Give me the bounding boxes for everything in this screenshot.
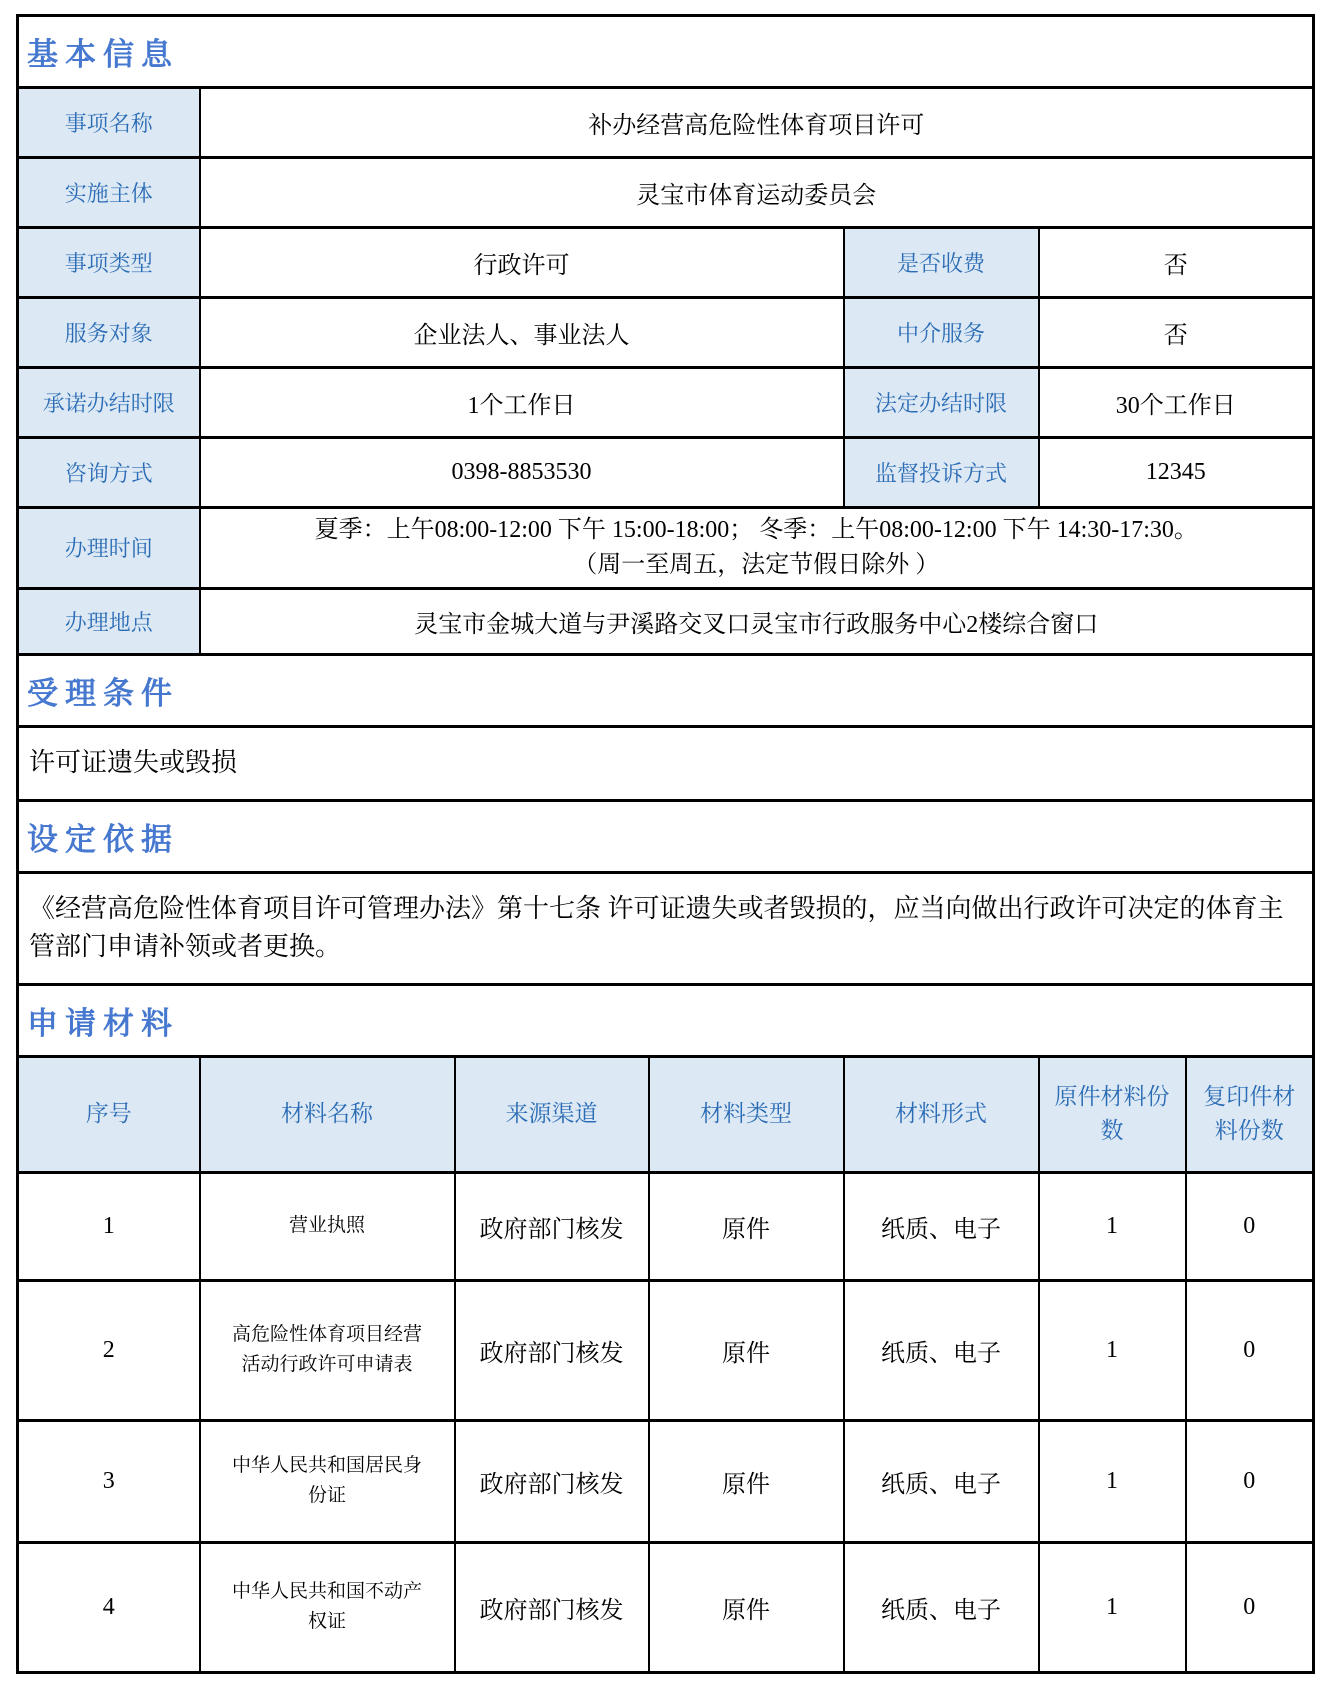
material-source: 政府部门核发 (455, 1172, 649, 1280)
field-value: 1个工作日 (200, 368, 844, 438)
material-no: 2 (18, 1280, 200, 1420)
column-header-type: 材料类型 (649, 1056, 844, 1172)
materials-header-row: 序号 材料名称 来源渠道 材料类型 材料形式 原件材料份数 复印件材料份数 (18, 1056, 1314, 1172)
material-type: 原件 (649, 1542, 844, 1672)
material-source: 政府部门核发 (455, 1542, 649, 1672)
material-copies: 0 (1186, 1280, 1314, 1420)
section-acceptance-title: 受理条件 (27, 676, 179, 711)
material-name: 中华人民共和国不动产权证 (200, 1542, 455, 1672)
field-label: 办理时间 (18, 508, 200, 589)
field-label: 办理地点 (18, 588, 200, 654)
material-source: 政府部门核发 (455, 1280, 649, 1420)
material-name: 营业执照 (200, 1172, 455, 1280)
field-label: 服务对象 (18, 298, 200, 368)
material-copies: 0 (1186, 1542, 1314, 1672)
field-label: 是否收费 (844, 228, 1039, 298)
column-header-originals: 原件材料份数 (1039, 1056, 1186, 1172)
section-materials-title: 申请材料 (27, 1006, 179, 1041)
material-originals: 1 (1039, 1420, 1186, 1542)
row-implementing-body: 实施主体 灵宝市体育运动委员会 (18, 158, 1314, 228)
section-basic-info: 基本信息 (18, 16, 1314, 88)
basis-content: 《经营高危险性体育项目许可管理办法》第十七条 许可证遗失或者毁损的，应当向做出行… (18, 872, 1314, 984)
section-materials: 申请材料 (18, 984, 1314, 1056)
row-promised-deadline: 承诺办结时限 1个工作日 法定办结时限 30个工作日 (18, 368, 1314, 438)
field-label: 事项名称 (18, 88, 200, 158)
field-value: 0398-8853530 (200, 438, 844, 508)
material-name: 中华人民共和国居民身份证 (200, 1420, 455, 1542)
material-form: 纸质、电子 (844, 1542, 1039, 1672)
processing-time-line1: 夏季：上午08:00-12:00 下午 15:00-18:00； 冬季：上午08… (209, 513, 1305, 548)
material-no: 4 (18, 1542, 200, 1672)
row-processing-location: 办理地点 灵宝市金城大道与尹溪路交叉口灵宝市行政服务中心2楼综合窗口 (18, 588, 1314, 654)
column-header-copies: 复印件材料份数 (1186, 1056, 1314, 1172)
material-form: 纸质、电子 (844, 1280, 1039, 1420)
material-type: 原件 (649, 1420, 844, 1542)
section-acceptance-cell: 受理条件 (18, 654, 1314, 726)
row-service-target: 服务对象 企业法人、事业法人 中介服务 否 (18, 298, 1314, 368)
material-name: 高危险性体育项目经营活动行政许可申请表 (200, 1280, 455, 1420)
row-item-type: 事项类型 行政许可 是否收费 否 (18, 228, 1314, 298)
field-label: 咨询方式 (18, 438, 200, 508)
field-label: 承诺办结时限 (18, 368, 200, 438)
service-info-page: 基本信息 事项名称 补办经营高危险性体育项目许可 实施主体 灵宝市体育运动委员会… (0, 0, 1328, 1688)
section-basis: 设定依据 (18, 800, 1314, 872)
field-value: 补办经营高危险性体育项目许可 (200, 88, 1314, 158)
section-basic-info-title: 基本信息 (27, 37, 179, 72)
section-acceptance: 受理条件 (18, 654, 1314, 726)
field-value: 12345 (1039, 438, 1314, 508)
column-header-name: 材料名称 (200, 1056, 455, 1172)
material-type: 原件 (649, 1280, 844, 1420)
field-label: 事项类型 (18, 228, 200, 298)
service-info-table: 基本信息 事项名称 补办经营高危险性体育项目许可 实施主体 灵宝市体育运动委员会… (16, 14, 1315, 1674)
field-label: 实施主体 (18, 158, 200, 228)
material-originals: 1 (1039, 1542, 1186, 1672)
material-source: 政府部门核发 (455, 1420, 649, 1542)
material-row: 1 营业执照 政府部门核发 原件 纸质、电子 1 0 (18, 1172, 1314, 1280)
material-row: 3 中华人民共和国居民身份证 政府部门核发 原件 纸质、电子 1 0 (18, 1420, 1314, 1542)
field-label: 监督投诉方式 (844, 438, 1039, 508)
material-row: 2 高危险性体育项目经营活动行政许可申请表 政府部门核发 原件 纸质、电子 1 … (18, 1280, 1314, 1420)
material-originals: 1 (1039, 1280, 1186, 1420)
material-no: 3 (18, 1420, 200, 1542)
material-type: 原件 (649, 1172, 844, 1280)
field-label: 法定办结时限 (844, 368, 1039, 438)
field-value: 否 (1039, 228, 1314, 298)
column-header-no: 序号 (18, 1056, 200, 1172)
section-basic-info-cell: 基本信息 (18, 16, 1314, 88)
field-value: 30个工作日 (1039, 368, 1314, 438)
field-value: 否 (1039, 298, 1314, 368)
field-value: 企业法人、事业法人 (200, 298, 844, 368)
field-value: 夏季：上午08:00-12:00 下午 15:00-18:00； 冬季：上午08… (200, 508, 1314, 589)
field-value: 行政许可 (200, 228, 844, 298)
section-basis-title: 设定依据 (27, 822, 179, 857)
material-form: 纸质、电子 (844, 1420, 1039, 1542)
row-consultation: 咨询方式 0398-8853530 监督投诉方式 12345 (18, 438, 1314, 508)
material-originals: 1 (1039, 1172, 1186, 1280)
column-header-source: 来源渠道 (455, 1056, 649, 1172)
field-label: 中介服务 (844, 298, 1039, 368)
material-copies: 0 (1186, 1420, 1314, 1542)
section-materials-cell: 申请材料 (18, 984, 1314, 1056)
material-copies: 0 (1186, 1172, 1314, 1280)
field-value: 灵宝市金城大道与尹溪路交叉口灵宝市行政服务中心2楼综合窗口 (200, 588, 1314, 654)
material-row: 4 中华人民共和国不动产权证 政府部门核发 原件 纸质、电子 1 0 (18, 1542, 1314, 1672)
material-no: 1 (18, 1172, 200, 1280)
row-basis-content: 《经营高危险性体育项目许可管理办法》第十七条 许可证遗失或者毁损的，应当向做出行… (18, 872, 1314, 984)
acceptance-content: 许可证遗失或毁损 (18, 726, 1314, 800)
row-acceptance-content: 许可证遗失或毁损 (18, 726, 1314, 800)
field-value: 灵宝市体育运动委员会 (200, 158, 1314, 228)
section-basis-cell: 设定依据 (18, 800, 1314, 872)
row-processing-time: 办理时间 夏季：上午08:00-12:00 下午 15:00-18:00； 冬季… (18, 508, 1314, 589)
column-header-form: 材料形式 (844, 1056, 1039, 1172)
row-item-name: 事项名称 补办经营高危险性体育项目许可 (18, 88, 1314, 158)
material-form: 纸质、电子 (844, 1172, 1039, 1280)
processing-time-line2: （周一至周五，法定节假日除外 ） (209, 548, 1305, 583)
